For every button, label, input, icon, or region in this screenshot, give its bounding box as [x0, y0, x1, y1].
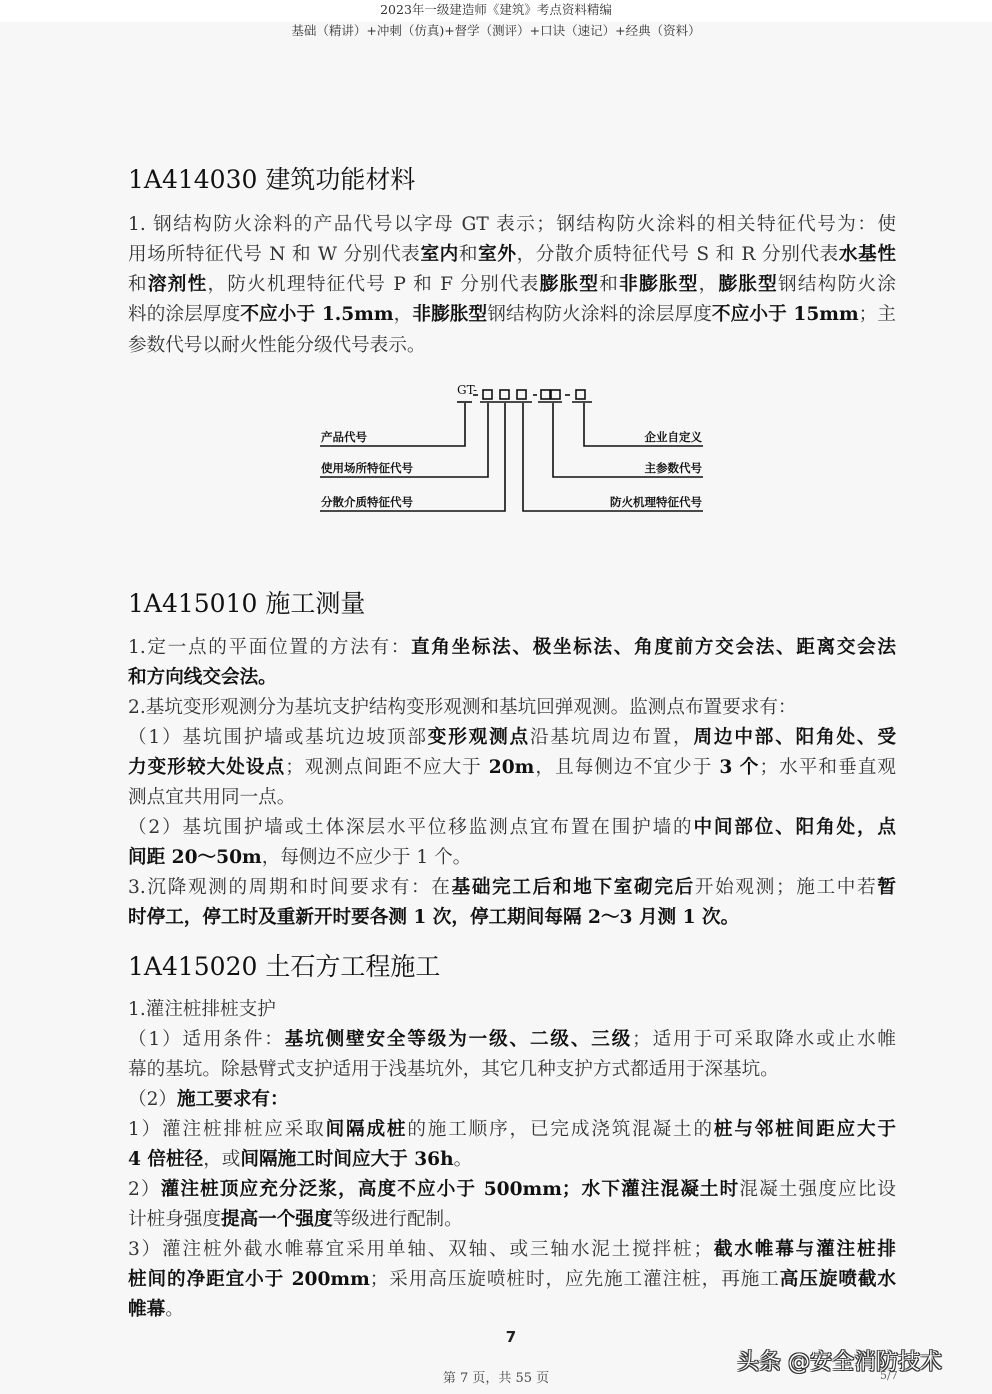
text-line: 2）灌注桩顶应充分泛浆，高度不应小于 500mm；水下灌注混凝土时混凝土强度应比… — [128, 1175, 896, 1205]
emphasis-text: 膨胀型 — [540, 274, 600, 295]
label-main-parameter-code: 主参数代号 — [645, 460, 703, 476]
section-title-earthwork: 1A415020 土石方工程施工 — [128, 947, 440, 983]
text-line: 3.沉降观测的周期和时间要求有：在基础完工后和地下室砌完后开始观测；施工中若暂 — [128, 873, 896, 903]
emphasis-text: 3 个 — [719, 757, 759, 778]
body-text: 和 — [459, 244, 478, 265]
body-text: ，防火机理特征代号 P 和 F 分别代表 — [207, 274, 539, 295]
section-title-construction-survey: 1A415010 施工测量 — [128, 584, 365, 620]
body-text: ；主 — [859, 304, 896, 325]
emphasis-text: 直角坐标法、极坐标法、角度前方交会法、距离交会法 — [411, 637, 896, 658]
text-line: 1.灌注桩排桩支护 — [128, 995, 276, 1025]
label-usage-site-code: 使用场所特征代号 — [321, 460, 413, 476]
body-text: （2）基坑围护墙或土体深层水平位移监测点宜布置在围护墙的 — [128, 817, 693, 838]
body-text: 参数代号以耐火性能分级代号表示。 — [128, 335, 426, 356]
emphasis-text: 20m — [489, 757, 535, 778]
body-text: 和 — [128, 274, 148, 295]
text-line: 计桩身强度提高一个强度等级进行配制。 — [128, 1205, 463, 1235]
document-title: 2023年一级建造师《建筑》考点资料精编 — [0, 0, 992, 18]
emphasis-text: 溶剂性 — [148, 274, 208, 295]
body-text: 。 — [165, 1299, 184, 1320]
body-text: 等级进行配制。 — [333, 1209, 463, 1230]
section-title-functional-materials: 1A414030 建筑功能材料 — [128, 160, 415, 196]
body-text: 幕的基坑。除悬臂式支护适用于浅基坑外，其它几种支护方式都适用于深基坑。 — [128, 1059, 779, 1080]
text-line: 4 倍桩径，或间隔施工时间应大于 36h。 — [128, 1145, 472, 1175]
emphasis-text: 室外 — [478, 244, 516, 265]
body-text: 沿基坑周边布置， — [530, 727, 693, 748]
text-line: 1）灌注桩排桩应采取间隔成桩的施工顺序，已完成浇筑混凝土的桩与邻桩间距应大于 — [128, 1115, 896, 1145]
emphasis-text: 桩间的净距宜小于 200mm — [128, 1269, 370, 1290]
body-text: 钢结构防火涂料的涂层厚度 — [487, 304, 712, 325]
emphasis-text: 间距 20～50m — [128, 847, 262, 868]
emphasis-text: 4 倍桩径 — [128, 1149, 203, 1170]
diagram-code-prefix: GT- — [457, 383, 477, 397]
body-text: 1）灌注桩排桩应采取 — [128, 1119, 326, 1140]
body-text: （1）基坑围护墙或基坑边坡顶部 — [128, 727, 428, 748]
body-text: 3）灌注桩外截水帷幕宜采用单轴、双轴、或三轴水泥土搅拌桩； — [128, 1239, 712, 1260]
text-line: 2.基坑变形观测分为基坑支护结构变形观测和基坑回弹观测。监测点布置要求有： — [128, 693, 797, 723]
body-text: 钢结构防火涂 — [778, 274, 896, 295]
emphasis-text: 膨胀型 — [718, 274, 778, 295]
emphasis-text: 提高一个强度 — [221, 1209, 333, 1230]
body-text: 3.沉降观测的周期和时间要求有：在 — [128, 877, 452, 898]
text-line: （1）适用条件：基坑侧壁安全等级为一级、二级、三级；适用于可采取降水或止水帷 — [128, 1025, 896, 1055]
body-text: ；水平和垂直观 — [759, 757, 896, 778]
document-subtitle: 基础（精讲）+冲刺（仿真)+督学（测评）+口诀（速记）+经典（资料） — [0, 21, 992, 39]
text-line: 3）灌注桩外截水帷幕宜采用单轴、双轴、或三轴水泥土搅拌桩；截水帷幕与灌注桩排 — [128, 1235, 896, 1265]
body-text: ，且每侧边不宜少于 — [534, 757, 719, 778]
body-text: 开始观测；施工中若 — [695, 877, 877, 898]
emphasis-text: 和方向线交会法。 — [128, 667, 277, 688]
body-text: ；观测点间距不应大于 — [285, 757, 489, 778]
text-line: 力变形较大处设点；观测点间距不应大于 20m，且每侧边不宜少于 3 个；水平和垂… — [128, 753, 896, 783]
emphasis-text: 间隔成桩 — [326, 1119, 408, 1140]
emphasis-text: 力变形较大处设点 — [128, 757, 285, 778]
emphasis-text: 帷幕 — [128, 1299, 165, 1320]
text-line: 幕的基坑。除悬臂式支护适用于浅基坑外，其它几种支护方式都适用于深基坑。 — [128, 1055, 779, 1085]
body-text: 1. 钢结构防火涂料的产品代号以字母 GT 表示；钢结构防火涂料的相关特征代号为… — [128, 214, 896, 235]
body-text: ，分散介质特征代号 S 和 R 分别代表 — [517, 244, 839, 265]
body-text: （2） — [128, 1089, 177, 1110]
text-line: 间距 20～50m，每侧边不应少于 1 个。 — [128, 843, 471, 873]
text-line: （2）施工要求有： — [128, 1085, 289, 1115]
label-product-code: 产品代号 — [321, 429, 367, 445]
emphasis-text: 桩与邻桩间距应大于 — [714, 1119, 896, 1140]
body-text: 。 — [454, 1149, 473, 1170]
body-text: ；采用高压旋喷桩时，应先施工灌注桩，再施工 — [370, 1269, 780, 1290]
emphasis-text: 间隔施工时间应大于 36h — [240, 1149, 453, 1170]
text-line: 和方向线交会法。 — [128, 663, 277, 693]
text-line: 1. 钢结构防火涂料的产品代号以字母 GT 表示；钢结构防火涂料的相关特征代号为… — [128, 210, 896, 240]
watermark: 头条 @安全消防技术 — [737, 1345, 942, 1376]
body-text: 1.灌注桩排桩支护 — [128, 999, 276, 1020]
emphasis-text: 暂 — [877, 877, 896, 898]
body-text: 的施工顺序，已完成浇筑混凝土的 — [407, 1119, 714, 1140]
text-line: 参数代号以耐火性能分级代号表示。 — [128, 331, 426, 361]
emphasis-text: 水基性 — [839, 244, 896, 265]
text-line: 和溶剂性，防火机理特征代号 P 和 F 分别代表膨胀型和非膨胀型，膨胀型钢结构防… — [128, 270, 896, 300]
text-line: 1.定一点的平面位置的方法有：直角坐标法、极坐标法、角度前方交会法、距离交会法 — [128, 633, 896, 663]
text-line: 桩间的净距宜小于 200mm；采用高压旋喷桩时，应先施工灌注桩，再施工高压旋喷截… — [128, 1265, 896, 1295]
body-text: ，或 — [203, 1149, 240, 1170]
fireproof-coating-code-diagram: GT- 产品代号 使用场所特征代号 分散介质特征代号 企业自定义 主参数代号 防… — [300, 375, 720, 525]
emphasis-text: 非膨胀型 — [619, 274, 698, 295]
emphasis-text: 时停工，停工时及重新开时要各测 1 次，停工期间每隔 2～3 月测 1 次。 — [128, 907, 739, 928]
body-text: ， — [699, 274, 719, 295]
emphasis-text: 变形观测点 — [428, 727, 530, 748]
body-text: 料的涂层厚度 — [128, 304, 240, 325]
emphasis-text: 不应小于 1.5mm — [240, 304, 393, 325]
text-line: （2）基坑围护墙或土体深层水平位移监测点宜布置在围护墙的中间部位、阳角处，点 — [128, 813, 896, 843]
text-line: 时停工，停工时及重新开时要各测 1 次，停工期间每隔 2～3 月测 1 次。 — [128, 903, 739, 933]
body-text: 测点宜共用同一点。 — [128, 787, 295, 808]
body-text: 混凝土强度应比设 — [739, 1179, 896, 1200]
label-dispersion-medium-code: 分散介质特征代号 — [321, 494, 413, 510]
label-fire-mechanism-code: 防火机理特征代号 — [610, 494, 702, 510]
body-text: ， — [394, 304, 413, 325]
text-line: 帷幕。 — [128, 1295, 184, 1325]
page-number: 7 — [0, 1328, 992, 1346]
emphasis-text: 中间部位、阳角处，点 — [693, 817, 896, 838]
emphasis-text: 施工要求有： — [177, 1089, 289, 1110]
body-text: 和 — [599, 274, 619, 295]
text-line: 料的涂层厚度不应小于 1.5mm，非膨胀型钢结构防火涂料的涂层厚度不应小于 15… — [128, 300, 896, 330]
text-line: 测点宜共用同一点。 — [128, 783, 295, 813]
body-text: 计桩身强度 — [128, 1209, 221, 1230]
emphasis-text: 基坑侧壁安全等级为一级、二级、三级 — [285, 1029, 632, 1050]
label-enterprise-defined: 企业自定义 — [645, 429, 703, 445]
emphasis-text: 非膨胀型 — [412, 304, 487, 325]
body-text: 1.定一点的平面位置的方法有： — [128, 637, 411, 658]
text-line: 用场所特征代号 N 和 W 分别代表室内和室外，分散介质特征代号 S 和 R 分… — [128, 240, 896, 270]
text-line: （1）基坑围护墙或基坑边坡顶部变形观测点沿基坑周边布置，周边中部、阳角处、受 — [128, 723, 896, 753]
body-text: ；适用于可采取降水或止水帷 — [632, 1029, 896, 1050]
emphasis-text: 室内 — [420, 244, 458, 265]
emphasis-text: 灌注桩顶应充分泛浆，高度不应小于 500mm；水下灌注混凝土时 — [161, 1179, 740, 1200]
emphasis-text: 不应小于 15mm — [712, 304, 859, 325]
emphasis-text: 高压旋喷截水 — [780, 1269, 896, 1290]
emphasis-text: 周边中部、阳角处、受 — [693, 727, 896, 748]
body-text: 2） — [128, 1179, 161, 1200]
emphasis-text: 基础完工后和地下室砌完后 — [452, 877, 695, 898]
body-text: 2.基坑变形观测分为基坑支护结构变形观测和基坑回弹观测。监测点布置要求有： — [128, 697, 797, 718]
emphasis-text: 截水帷幕与灌注桩排 — [712, 1239, 896, 1260]
body-text: 用场所特征代号 N 和 W 分别代表 — [128, 244, 420, 265]
body-text: （1）适用条件： — [128, 1029, 285, 1050]
body-text: ，每侧边不应少于 1 个。 — [262, 847, 472, 868]
